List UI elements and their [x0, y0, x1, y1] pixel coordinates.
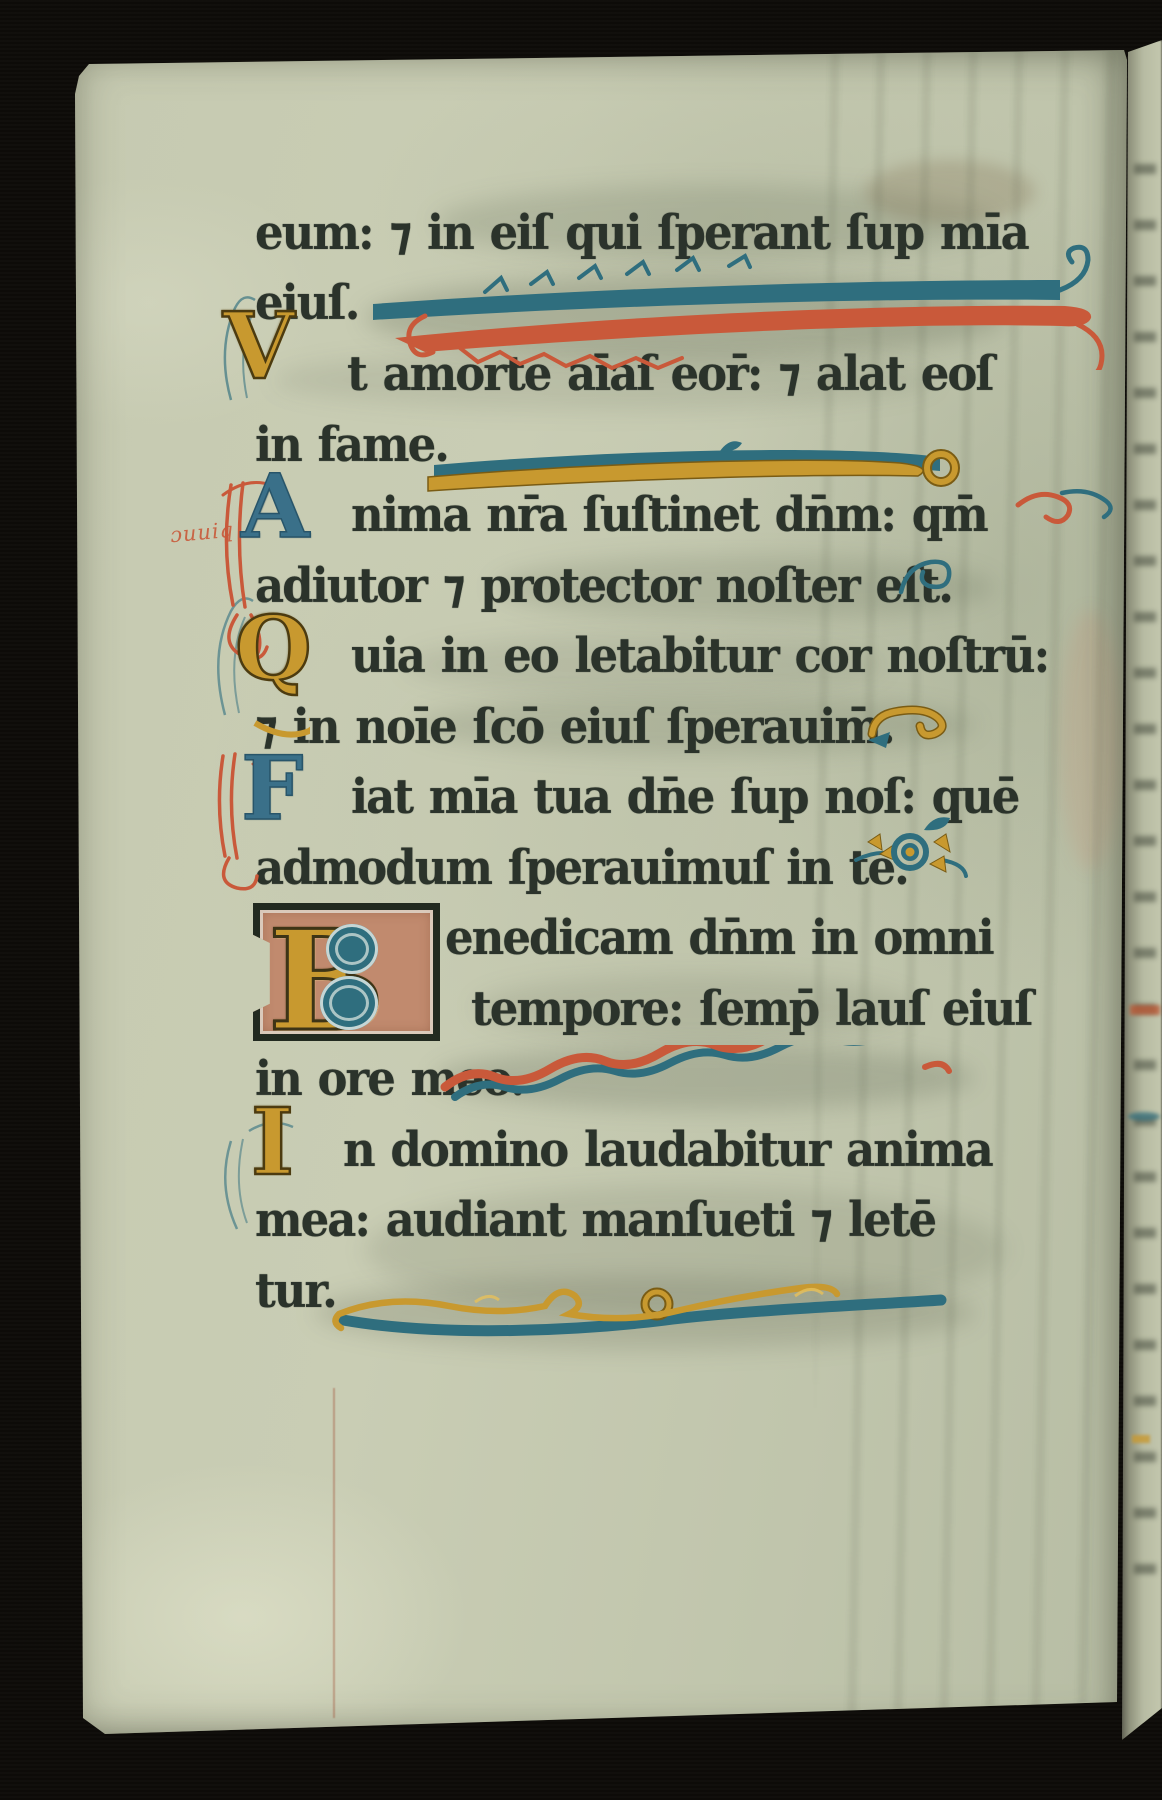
line-filler-scroll-gold-teal — [325, 1262, 970, 1350]
initial-panel-B: B — [253, 903, 440, 1041]
flower-knot-gold-teal — [850, 802, 972, 902]
text-line-content: mea: audiant manſueti ⁊ letē — [255, 1192, 935, 1248]
initial-letter-V: V — [223, 300, 294, 392]
manuscript-page: eum: ⁊ in eiſ qui ſperant ſup mīa eiuſ. … — [75, 50, 1127, 1735]
line-filler-bar-gold-teal — [420, 435, 980, 505]
initial-B-teal-counter — [320, 976, 378, 1030]
text-line-content: admodum ſperauimuſ in te. — [255, 840, 908, 896]
end-curl-teal — [893, 548, 961, 606]
facing-page-edge — [1120, 40, 1162, 1740]
text-line-content: n domino laudabitur anima — [343, 1122, 992, 1178]
line-filler-wave-red-teal — [430, 1045, 965, 1109]
text-line-content: enedicam dn̄m in omni — [445, 910, 993, 966]
line-filler-bar-teal-red — [365, 220, 1110, 370]
text-line: uia in eo letabitur cor noſtrū: — [255, 628, 1065, 693]
initial-letter-F: F — [241, 744, 303, 832]
initial-letter-Q: Q — [235, 604, 312, 692]
text-line: mea: audiant manſueti ⁊ letē — [255, 1192, 1065, 1257]
text-line: n domino laudabitur anima — [255, 1122, 1065, 1187]
text-line-content: ⁊ in noīe ſcō eiuſ ſperauim̄. — [255, 699, 894, 755]
manuscript-photo: eum: ⁊ in eiſ qui ſperant ſup mīa eiuſ. … — [0, 0, 1162, 1800]
initial-B-teal-counter — [326, 924, 378, 974]
text-line-content: adiutor ⁊ protector noſter eſt. — [255, 558, 952, 614]
facing-page-teal-filler-hint — [1128, 1112, 1160, 1121]
facing-page-red-filler-hint — [1130, 1005, 1160, 1015]
end-curl-gold — [860, 688, 958, 754]
end-curl-red-teal — [1010, 475, 1118, 533]
initial-letter-I: I — [251, 1096, 294, 1188]
text-line-content: tempore: ſemp̄ lauſ eiuſ — [471, 981, 1032, 1037]
facing-page-gold-hint — [1132, 1435, 1150, 1443]
ruling-line-trace — [333, 1388, 335, 1718]
facing-page-blurred-text — [1134, 140, 1156, 1620]
text-line-content: uia in eo letabitur cor noſtrū: — [351, 628, 1048, 684]
text-line-content: tur. — [255, 1263, 336, 1319]
initial-letter-B: B — [268, 899, 385, 1062]
